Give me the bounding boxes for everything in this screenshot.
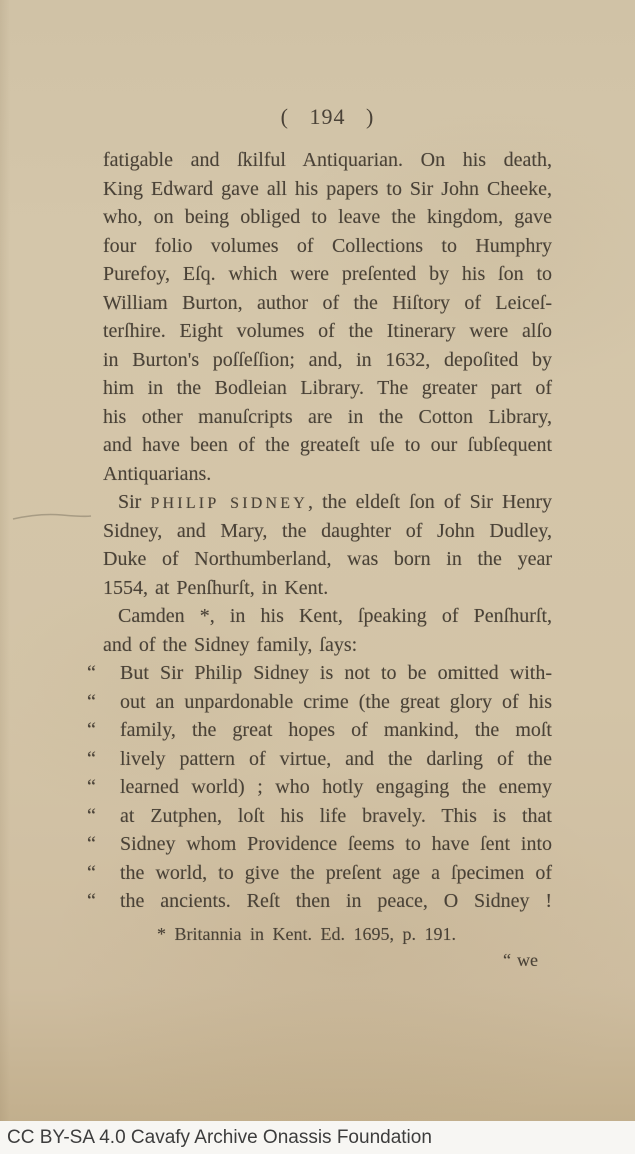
catchword: “we xyxy=(103,950,538,971)
text-line: and of the Sidney family, ſays: xyxy=(103,631,552,660)
smallcaps-name: Philip Sidney xyxy=(150,495,308,512)
catchword-text: we xyxy=(517,950,538,970)
text-line: Purefoy, Eſq. which were preſented by hi… xyxy=(103,260,552,289)
quote-text: learned world) ; who hotly engaging the … xyxy=(120,776,552,798)
quote-text: But Sir Philip Sidney is not to be omitt… xyxy=(120,662,552,684)
quote-line: “at Zutphen, loſt his life bravely. This… xyxy=(103,802,552,831)
text-line: his other manuſcripts are in the Cotton … xyxy=(103,403,552,432)
text-line: fatigable and ſkilful Antiquarian. On hi… xyxy=(103,146,552,175)
quote-line: “But Sir Philip Sidney is not to be omit… xyxy=(103,659,552,688)
quote-mark: “ xyxy=(87,830,96,859)
text-line: Duke of Northumberland, was born in the … xyxy=(103,545,552,574)
footnote: * Britannia in Kent. Ed. 1695, p. 191. xyxy=(157,924,456,945)
text-fragment: , the eldeſt ſon of Sir Henry xyxy=(308,491,552,513)
quote-line: “the ancients. Reſt then in peace, O Sid… xyxy=(103,887,552,916)
quote-text: the ancients. Reſt then in peace, O Sidn… xyxy=(120,890,552,912)
text-line: four folio volumes of Collections to Hum… xyxy=(103,232,552,261)
quote-line: “out an unpardonable crime (the great gl… xyxy=(103,688,552,717)
quote-line: “Sidney whom Providence ſeems to have ſe… xyxy=(103,830,552,859)
quote-mark: “ xyxy=(87,859,96,888)
text-line: in Burton's poſſeſſion; and, in 1632, de… xyxy=(103,346,552,375)
quote-mark: “ xyxy=(87,745,96,774)
quote-line: “the world, to give the preſent age a ſp… xyxy=(103,859,552,888)
quote-mark: “ xyxy=(87,773,96,802)
text-line: William Burton, author of the Hiſtory of… xyxy=(103,289,552,318)
quote-mark: “ xyxy=(87,716,96,745)
quote-mark: “ xyxy=(503,950,511,970)
text-line: King Edward gave all his papers to Sir J… xyxy=(103,175,552,204)
body-text: fatigable and ſkilful Antiquarian. On hi… xyxy=(103,146,552,916)
quote-text: out an unpardonable crime (the great glo… xyxy=(120,691,552,713)
text-line-sidney: Sir Philip Sidney, the eldeſt ſon of Sir… xyxy=(103,488,552,517)
quote-line: “lively pattern of virtue, and the darli… xyxy=(103,745,552,774)
text-line: Sidney, and Mary, the daughter of John D… xyxy=(103,517,552,546)
quote-mark: “ xyxy=(87,887,96,916)
quote-text: lively pattern of virtue, and the darlin… xyxy=(120,748,552,770)
text-line: Camden *, in his Kent, ſpeaking of Penſh… xyxy=(103,602,552,631)
text-line: who, on being obliged to leave the kingd… xyxy=(103,203,552,232)
quote-mark: “ xyxy=(87,688,96,717)
scanned-book-page: ( 194 ) fatigable and ſkilful Antiquaria… xyxy=(0,0,635,1154)
page-number: ( 194 ) xyxy=(103,104,552,130)
quote-text: family, the great hopes of mankind, the … xyxy=(120,719,552,741)
quote-mark: “ xyxy=(87,659,96,688)
quote-mark: “ xyxy=(87,802,96,831)
text-line: him in the Bodleian Library. The greater… xyxy=(103,374,552,403)
quote-text: at Zutphen, loſt his life bravely. This … xyxy=(120,805,552,827)
quote-text: the world, to give the preſent age a ſpe… xyxy=(120,862,552,884)
pencil-mark xyxy=(10,508,94,526)
license-text: CC BY-SA 4.0 Cavafy Archive Onassis Foun… xyxy=(7,1127,432,1149)
quote-line: “family, the great hopes of mankind, the… xyxy=(103,716,552,745)
text-line: Antiquarians. xyxy=(103,460,552,489)
text-line: and have been of the greateſt uſe to our… xyxy=(103,431,552,460)
quote-line: “learned world) ; who hotly engaging the… xyxy=(103,773,552,802)
text-line: 1554, at Penſhurſt, in Kent. xyxy=(103,574,552,603)
license-bar: CC BY-SA 4.0 Cavafy Archive Onassis Foun… xyxy=(0,1121,635,1154)
quote-text: Sidney whom Providence ſeems to have ſen… xyxy=(120,833,552,855)
text-line: terſhire. Eight volumes of the Itinerary… xyxy=(103,317,552,346)
text-fragment: Sir xyxy=(118,491,150,513)
